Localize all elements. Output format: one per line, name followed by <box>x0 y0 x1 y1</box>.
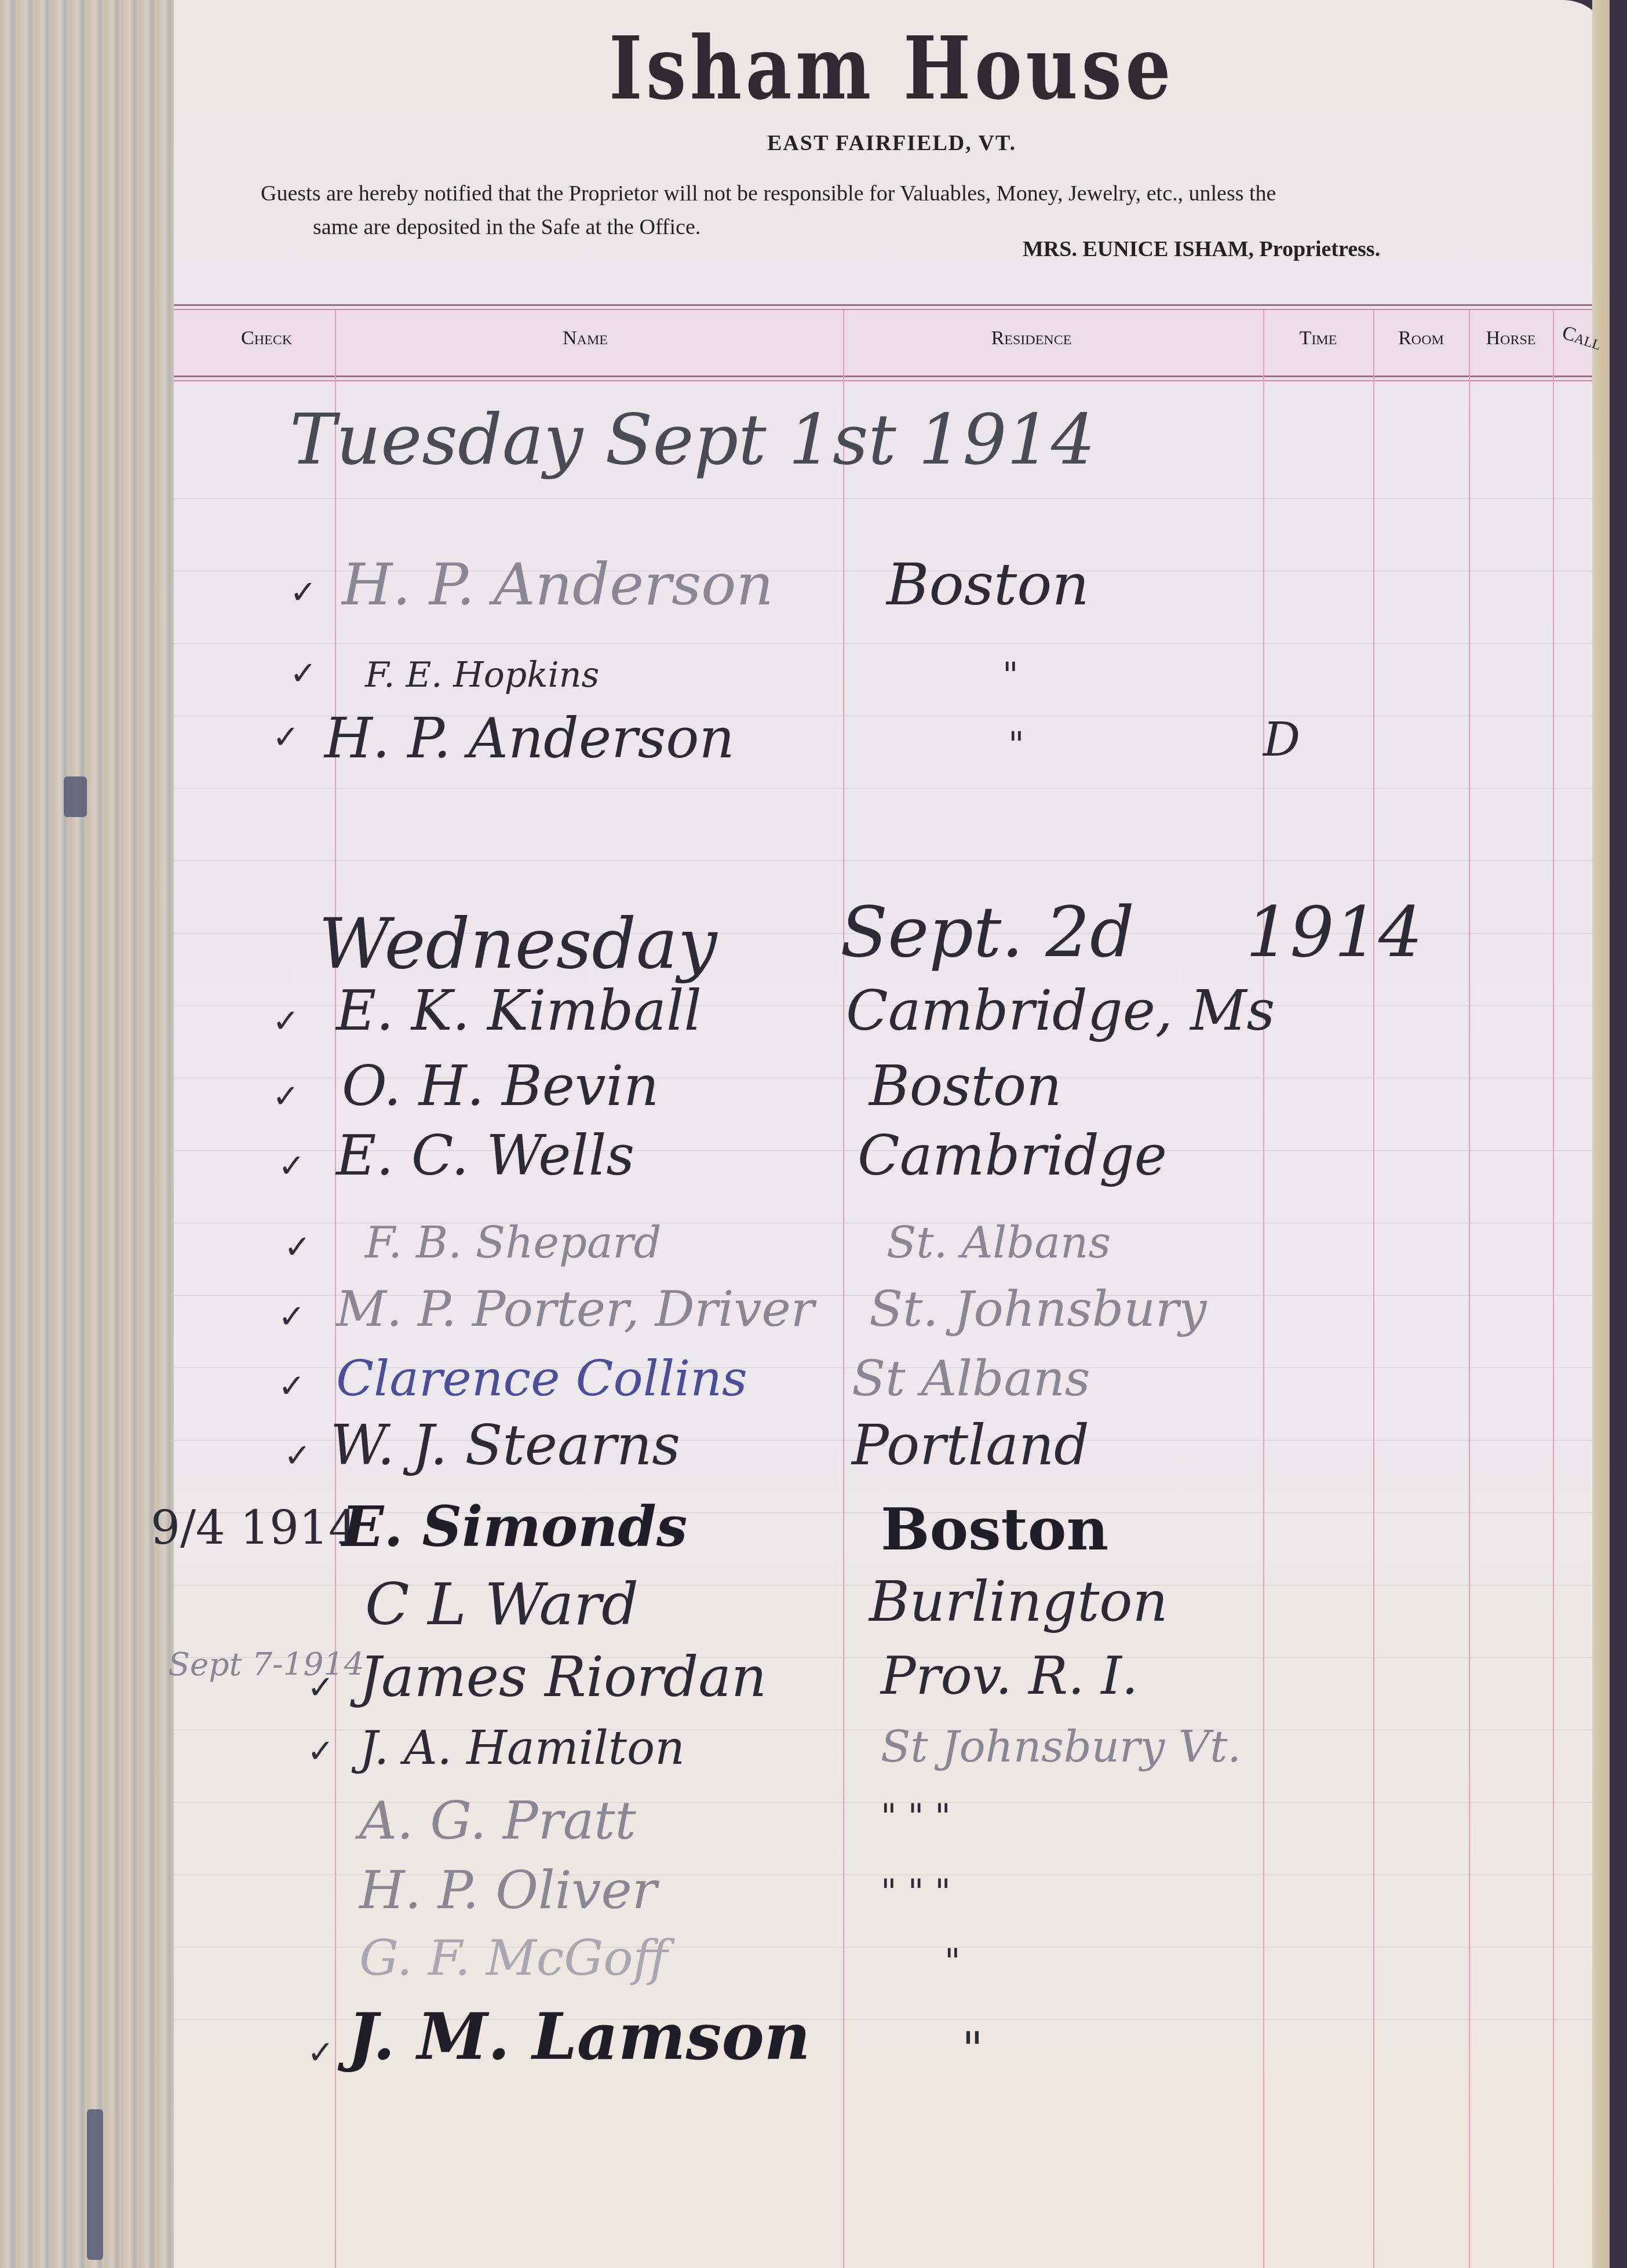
guest-residence: Boston <box>881 1495 1108 1563</box>
guest-name: E. Simonds <box>342 1495 687 1559</box>
guest-name: F. E. Hopkins <box>365 655 599 695</box>
notice-line-1: Guests are hereby notified that the Prop… <box>261 181 1564 206</box>
column-divider <box>1469 310 1470 2268</box>
guest-residence: Burlington <box>869 1570 1168 1634</box>
hotel-title: Isham House <box>303 17 1480 119</box>
guest-residence: Boston <box>887 550 1089 618</box>
column-header-room: Room <box>1373 327 1469 349</box>
check-mark: ✓ <box>307 1733 334 1770</box>
guest-residence: " <box>944 1941 961 1982</box>
check-mark: ✓ <box>307 2034 334 2072</box>
check-mark: ✓ <box>290 655 317 692</box>
guest-residence: " " " <box>881 1872 951 1912</box>
guest-residence: " <box>1008 724 1024 765</box>
guest-name: M. P. Porter, Driver <box>336 1281 814 1338</box>
guest-name: E. C. Wells <box>336 1124 634 1188</box>
guest-name: F. B. Shepard <box>365 1217 662 1268</box>
guest-name: James Riordan <box>359 1646 767 1709</box>
guest-name: A. G. Pratt <box>359 1791 636 1851</box>
notice-line-2: same are deposited in the Safe at the Of… <box>313 214 701 240</box>
guest-residence: " <box>1002 655 1019 695</box>
date-heading-tuesday: Tuesday Sept 1st 1914 <box>290 400 1095 480</box>
guest-name: H. P. Anderson <box>324 707 735 771</box>
guest-residence: " " " <box>881 1796 951 1837</box>
check-mark: ✓ <box>307 1669 334 1707</box>
guest-residence: Cambridge, Ms <box>846 979 1275 1043</box>
column-divider <box>1373 310 1374 2268</box>
row-rule <box>174 788 1592 789</box>
column-divider <box>1263 310 1264 2268</box>
guest-name: H. P. Anderson <box>342 550 774 618</box>
guest-name: O. H. Bevin <box>342 1055 659 1118</box>
page-edges <box>0 0 176 2268</box>
date-heading-wednesday-date: Sept. 2d <box>840 892 1134 973</box>
row-rule <box>174 498 1592 499</box>
date-heading-wednesday-day: Wednesday <box>319 904 717 984</box>
guest-residence: Cambridge <box>858 1124 1167 1188</box>
row-rule <box>174 643 1592 644</box>
column-header-check: Check <box>209 327 324 349</box>
column-header-name: Name <box>521 327 649 349</box>
margin-date-note: 9/4 1914 <box>151 1501 358 1555</box>
check-mark: ✓ <box>278 1368 305 1405</box>
guest-residence: St Albans <box>852 1350 1090 1408</box>
check-mark: ✓ <box>272 1078 300 1115</box>
guest-name: J. A. Hamilton <box>359 1721 685 1775</box>
date-heading-wednesday-year: 1914 <box>1246 892 1422 973</box>
column-divider <box>1553 310 1554 2268</box>
check-mark: ✓ <box>272 719 300 756</box>
guest-residence: St. Johnsbury <box>869 1281 1207 1338</box>
check-mark: ✓ <box>290 574 317 611</box>
guest-time: D <box>1263 713 1300 767</box>
header-rule-top-2 <box>174 309 1592 310</box>
column-header-time: Time <box>1263 327 1373 349</box>
ink-stain <box>64 776 87 817</box>
row-rule <box>174 860 1592 861</box>
guest-name: G. F. McGoff <box>359 1930 668 1987</box>
guest-residence: Prov. R. I. <box>881 1646 1138 1707</box>
guest-residence: Portland <box>852 1414 1089 1478</box>
margin-date-note: Sept 7-1914 <box>168 1646 364 1683</box>
ink-stain <box>87 2109 103 2260</box>
guest-residence: Boston <box>869 1055 1061 1118</box>
header-rule-top <box>174 304 1592 306</box>
check-mark: ✓ <box>278 1147 305 1185</box>
guest-name: H. P. Oliver <box>359 1860 657 1921</box>
proprietress: MRS. EUNICE ISHAM, Proprietress. <box>1023 236 1380 262</box>
guest-residence: St Johnsbury Vt. <box>881 1721 1241 1772</box>
column-header-residence: Residence <box>944 327 1118 349</box>
guest-name: E. K. Kimball <box>336 979 702 1043</box>
header-rule-bottom <box>174 375 1592 377</box>
guest-name: Clarence Collins <box>336 1350 747 1408</box>
guest-name: W. J. Stearns <box>330 1414 680 1478</box>
guest-name: J. M. Lamson <box>348 1999 811 2074</box>
hotel-location: EAST FAIRFIELD, VT. <box>174 130 1610 156</box>
register-page: Isham House EAST FAIRFIELD, VT. Guests a… <box>174 0 1610 2268</box>
check-mark: ✓ <box>284 1228 311 1266</box>
column-divider <box>843 310 844 2268</box>
column-header-horse: Horse <box>1469 327 1553 349</box>
check-mark: ✓ <box>272 1002 300 1040</box>
check-mark: ✓ <box>284 1437 311 1475</box>
header-rule-bottom-2 <box>174 380 1592 381</box>
guest-residence: St. Albans <box>887 1217 1111 1268</box>
guest-residence: " <box>962 2022 983 2076</box>
check-mark: ✓ <box>278 1298 305 1336</box>
guest-name: C L Ward <box>365 1570 639 1638</box>
